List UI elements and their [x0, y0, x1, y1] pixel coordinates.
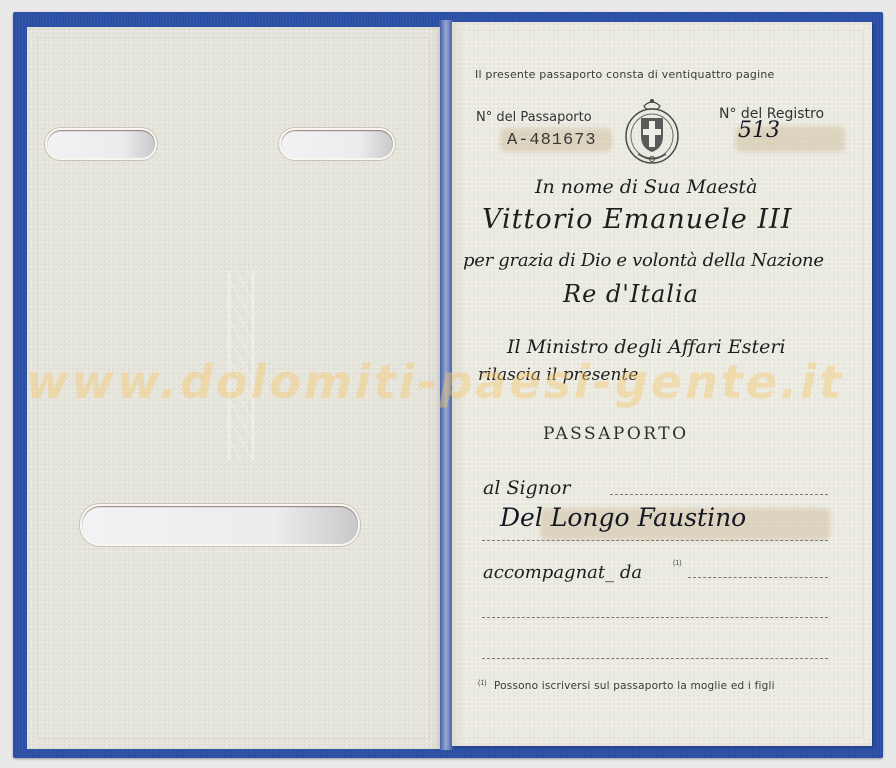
- holder-label: al Signor: [483, 477, 570, 499]
- in-the-name-line: In nome di Sua Maestà: [535, 176, 757, 198]
- grace-of-god-line: per grazia di Dio e volontà della Nazion…: [463, 250, 824, 271]
- document-title: PASSAPORTO: [543, 424, 689, 444]
- king-of-italy-line: Re d'Italia: [563, 280, 699, 308]
- minister-line: Il Ministro degli Affari Esteri: [507, 336, 786, 358]
- photo-slot-top-left: [45, 128, 157, 160]
- king-name: Vittorio Emanuele III: [482, 204, 792, 235]
- savoy-coat-of-arms-icon: [624, 96, 680, 166]
- issues-line: rilascia il presente: [478, 365, 638, 385]
- footnote-mark: (1): [478, 680, 487, 687]
- passport-number-label: N° del Passaporto: [476, 110, 592, 125]
- photo-slot-top-right: [279, 128, 395, 160]
- fasces-watermark-icon: [652, 290, 678, 480]
- footnote-mark: (1): [673, 560, 682, 567]
- blank-line-2: [482, 658, 828, 659]
- register-number: 513: [738, 118, 780, 143]
- passport-number: A-481673: [507, 131, 597, 150]
- blank-line-1: [482, 617, 828, 618]
- name-line: [482, 540, 828, 541]
- footnote: Possono iscriversi sul passaporto la mog…: [494, 680, 775, 692]
- photo-slot-bottom: [80, 504, 360, 546]
- accompanied-label: accompagnat_ da: [483, 562, 642, 583]
- holder-line: [610, 494, 828, 495]
- fasces-watermark-icon: [228, 270, 254, 460]
- accompanied-line: [688, 577, 828, 578]
- holder-name: Del Longo Faustino: [500, 503, 746, 532]
- page-count-note: Il presente passaporto consta di ventiqu…: [475, 68, 775, 81]
